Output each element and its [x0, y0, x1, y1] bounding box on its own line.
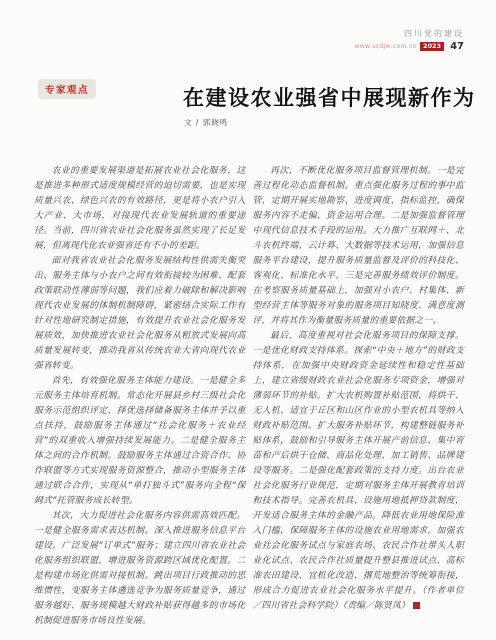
- magazine-page: 四川党的建设 www.scdjw.com.cn 2023 47 专家观点 在建设…: [0, 0, 496, 640]
- right-column: 再次，不断优化服务项目监督管理机制。一是完善过程化动态监督机制。重点强化服务过程…: [253, 164, 465, 629]
- byline: 文 / 郭晓鸣: [184, 117, 228, 128]
- paragraph: 再次，不断优化服务项目监督管理机制。一是完善过程化动态监督机制。重点强化服务过程…: [253, 164, 465, 329]
- article-title: 在建设农业强省中展现新作为: [183, 82, 476, 112]
- journal-name: 四川党的建设: [355, 28, 464, 39]
- journal-website: www.scdjw.com.cn: [355, 43, 417, 50]
- paragraph: 最后，高度重视对社会化服务项目的保障支撑。一是优化财政支持体系。探索“中央＋地方…: [253, 329, 465, 614]
- left-column: 农业的重要发展渠道是拓展农业社会化服务，这是推进多种形式适度规模经营的迫切需要，…: [34, 164, 246, 629]
- page-number: 47: [450, 41, 464, 52]
- paragraph: 其次，大力促进社会化服务内容供需高效匹配。一是健全服务需求表达机制。深入推进服务…: [34, 509, 246, 629]
- section-badge: 专家观点: [38, 79, 96, 99]
- article-body: 农业的重要发展渠道是拓展农业社会化服务，这是推进多种形式适度规模经营的迫切需要，…: [34, 164, 464, 629]
- paragraph: 首先，有效强化服务主体能力建设。一是健全多元服务主体培育机制。常态化开展县乡村三…: [34, 374, 246, 509]
- article-end-mark-icon: [413, 602, 420, 609]
- header-meta: www.scdjw.com.cn 2023 47: [355, 41, 464, 52]
- page-header: 四川党的建设 www.scdjw.com.cn 2023 47: [355, 28, 464, 52]
- paragraph: 面对我省农业社会化服务发展结构性供需失衡突出、服务主体与小农户之间有效衔接较为困…: [34, 254, 246, 374]
- paragraph: 农业的重要发展渠道是拓展农业社会化服务，这是推进多种形式适度规模经营的迫切需要，…: [34, 164, 246, 254]
- paragraph-text: 最后，高度重视对社会化服务项目的保障支撑。一是优化财政支持体系。探索“中央＋地方…: [253, 331, 465, 611]
- year-badge: 2023: [420, 42, 444, 52]
